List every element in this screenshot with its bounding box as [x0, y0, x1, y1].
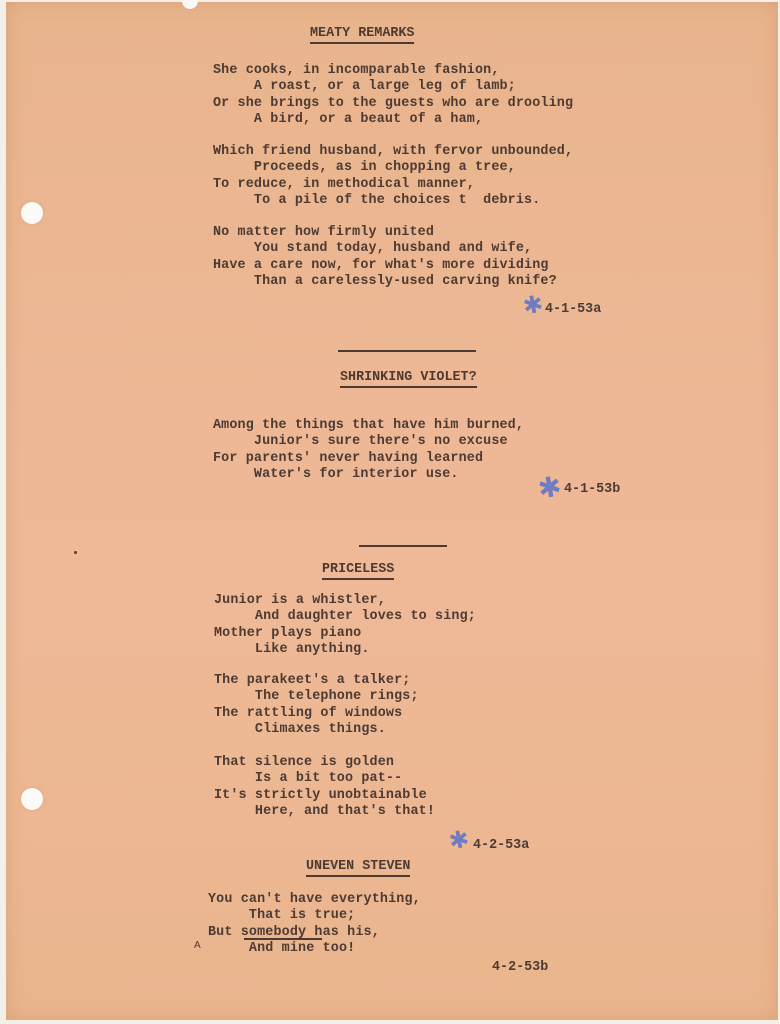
poem-title-shrinking-violet: SHRINKING VIOLET? — [340, 370, 477, 388]
poem-3-stanza-2: The parakeet's a talker; The telephone r… — [214, 673, 419, 739]
poem-title-uneven-steven: UNEVEN STEVEN — [306, 859, 410, 877]
typewritten-page: MEATY REMARKS She cooks, in incomparable… — [6, 2, 778, 1020]
punch-hole-bottom — [21, 788, 43, 810]
poem-title-meaty-remarks: MEATY REMARKS — [310, 26, 414, 44]
margin-caret-mark: A — [194, 940, 201, 951]
blue-asterisk-mark: ✱ — [521, 291, 545, 318]
poem-2-reference: 4-1-53b — [564, 482, 620, 497]
paper-notch — [182, 0, 198, 9]
blue-asterisk-mark: ✱ — [447, 826, 471, 853]
poem-3-stanza-1: Junior is a whistler, And daughter loves… — [214, 593, 476, 659]
paper-speck — [74, 551, 77, 554]
poem-3-reference: 4-2-53a — [473, 838, 529, 853]
poem-1-stanza-1: She cooks, in incomparable fashion, A ro… — [213, 63, 573, 129]
poem-title-priceless: PRICELESS — [322, 562, 394, 580]
punch-hole-top — [21, 202, 43, 224]
poem-3-stanza-3: That silence is golden Is a bit too pat-… — [214, 755, 435, 821]
poem-2-stanza-1: Among the things that have him burned, J… — [213, 418, 524, 484]
poem-4-stanza-1: You can't have everything, That is true;… — [208, 892, 421, 958]
blue-asterisk-mark: ✱ — [536, 472, 564, 504]
poem-1-stanza-3: No matter how firmly united You stand to… — [213, 225, 557, 291]
underline-somebody — [244, 938, 322, 940]
section-divider — [338, 350, 476, 352]
poem-1-reference: 4-1-53a — [545, 302, 601, 317]
section-divider — [359, 545, 447, 547]
poem-1-stanza-2: Which friend husband, with fervor unboun… — [213, 144, 573, 210]
poem-4-reference: 4-2-53b — [492, 960, 548, 975]
